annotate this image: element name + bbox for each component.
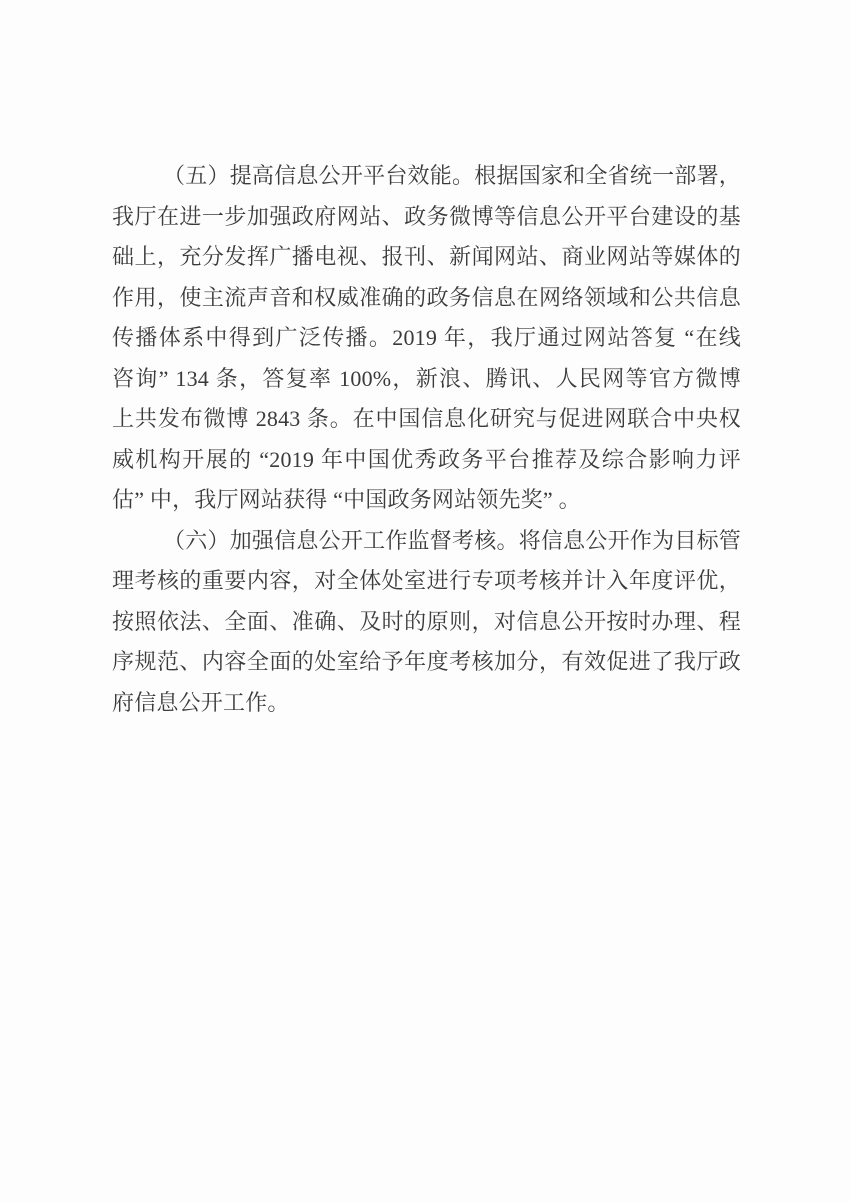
text-line: 作用，使主流声音和权威准确的政务信息在网络领域和公共信息 xyxy=(112,278,741,319)
text-line: （六）加强信息公开工作监督考核。将信息公开作为目标管 xyxy=(112,521,741,562)
text-line: 础上，充分发挥广播电视、报刊、新闻网站、商业网站等媒体的 xyxy=(112,237,741,278)
text-line: （五）提高信息公开平台效能。根据国家和全省统一部署， xyxy=(112,156,741,197)
text-line: 府信息公开工作。 xyxy=(112,683,741,724)
document-text-block: （五）提高信息公开平台效能。根据国家和全省统一部署， 我厅在进一步加强政府网站、… xyxy=(112,156,741,723)
text-line: 按照依法、全面、准确、及时的原则，对信息公开按时办理、程 xyxy=(112,602,741,643)
text-line: 理考核的重要内容，对全体处室进行专项考核并计入年度评优， xyxy=(112,561,741,602)
text-line: 上共发布微博 2843 条。在中国信息化研究与促进网联合中央权 xyxy=(112,399,741,440)
text-line: 传播体系中得到广泛传播。2019 年，我厅通过网站答复 “在线 xyxy=(112,318,741,359)
text-line: 我厅在进一步加强政府网站、政务微博等信息公开平台建设的基 xyxy=(112,197,741,238)
text-line: 威机构开展的 “2019 年中国优秀政务平台推荐及综合影响力评 xyxy=(112,440,741,481)
paragraph-section-5: （五）提高信息公开平台效能。根据国家和全省统一部署， 我厅在进一步加强政府网站、… xyxy=(112,156,741,521)
document-page: （五）提高信息公开平台效能。根据国家和全省统一部署， 我厅在进一步加强政府网站、… xyxy=(0,0,850,1202)
text-line: 序规范、内容全面的处室给予年度考核加分，有效促进了我厅政 xyxy=(112,642,741,683)
text-line: 咨询” 134 条，答复率 100%，新浪、腾讯、人民网等官方微博 xyxy=(112,359,741,400)
paragraph-section-6: （六）加强信息公开工作监督考核。将信息公开作为目标管 理考核的重要内容，对全体处… xyxy=(112,521,741,724)
text-line: 估” 中，我厅网站获得 “中国政务网站领先奖” 。 xyxy=(112,480,741,521)
